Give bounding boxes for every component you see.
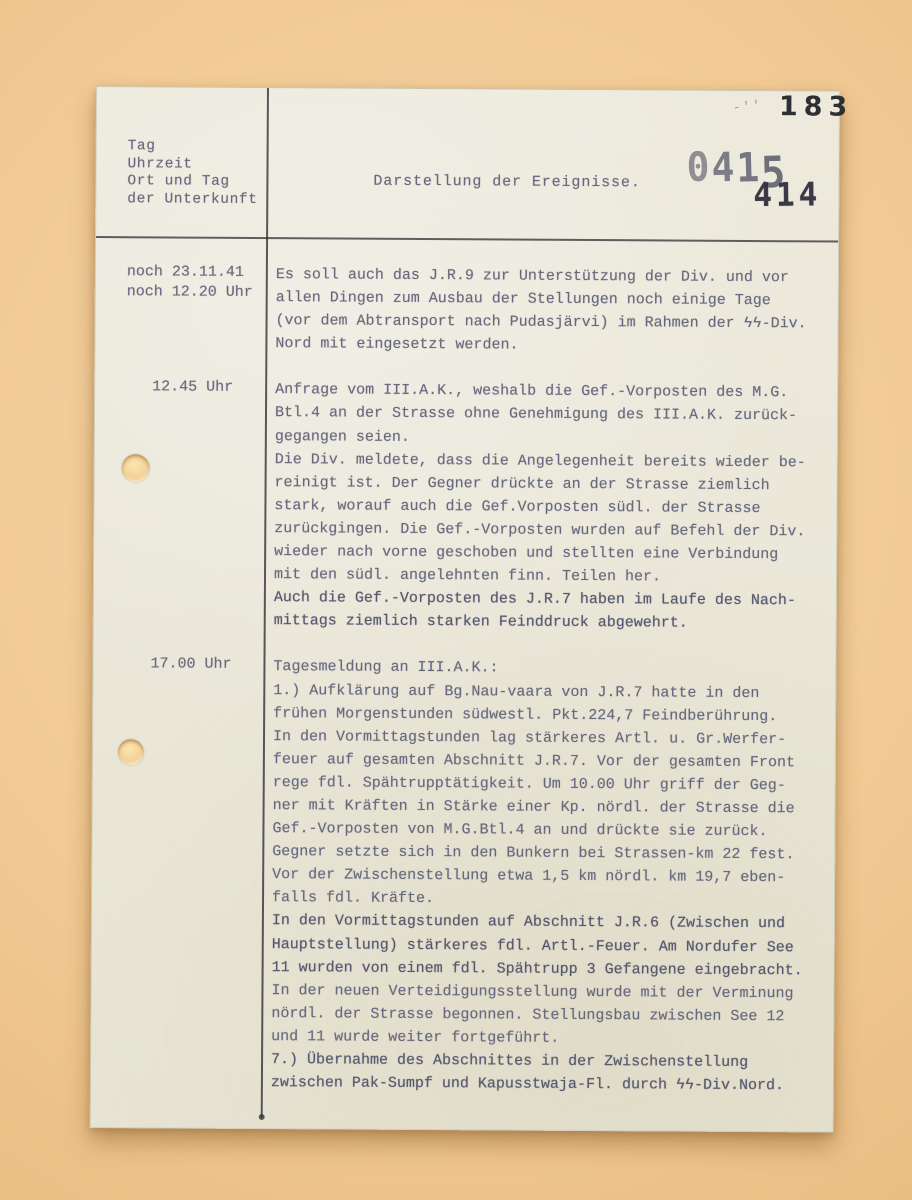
scan-background: -'' 183 0415 414 TagUhrzeitOrt und Tagde… xyxy=(0,0,912,1200)
entry-text-line: Es soll auch das J.R.9 zur Unterstützung… xyxy=(276,263,807,289)
entry-text: Es soll auch das J.R.9 zur Unterstützung… xyxy=(275,263,807,359)
page-number: 183 xyxy=(779,91,854,122)
entry-text-line: ner mit Kräften in Stärke einer Kp. nörd… xyxy=(273,794,804,820)
header-left-line: der Unterkunft xyxy=(127,191,257,209)
entry-time-line: 17.00 Uhr xyxy=(150,655,263,675)
entry-text-line: 1.) Aufklärung auf Bg.Nau-vaara von J.R.… xyxy=(273,679,804,705)
entry-text-line: In der neuen Verteidigungsstellung wurde… xyxy=(271,979,802,1005)
entry-time: 12.45 Uhr xyxy=(94,377,266,632)
header-left-column: TagUhrzeitOrt und Tagder Unterkunft xyxy=(127,138,258,209)
entry-text-line: Gef.-Vorposten von M.G.Btl.4 an und drüc… xyxy=(272,817,803,843)
archive-stamp-secondary: 414 xyxy=(753,176,821,215)
entry-text-line: mit den südl. angelehnten finn. Teilen h… xyxy=(274,563,805,589)
header-left-line: Tag xyxy=(128,138,258,156)
stamp-digit: 0 xyxy=(686,143,712,190)
punch-hole-bottom xyxy=(118,739,144,765)
entry-time-line: 12.45 Uhr xyxy=(152,378,265,398)
header-left-line: Uhrzeit xyxy=(127,156,257,174)
entry-text-line: mittags ziemlich starken Feinddruck abge… xyxy=(274,609,805,635)
entry-text-line: Nord mit eingesetzt werden. xyxy=(275,332,806,358)
entry-text-line: 11 wurden von einem fdl. Spähtrupp 3 Gef… xyxy=(272,956,803,982)
entry-text-line: Die Div. meldete, dass die Angelegenheit… xyxy=(275,448,806,474)
entry-text: Anfrage vom III.A.K., weshalb die Gef.-V… xyxy=(274,378,807,635)
entry-time: noch 23.11.41noch 12.20 Uhr xyxy=(95,262,266,355)
entries-container: noch 23.11.41noch 12.20 UhrEs soll auch … xyxy=(91,238,838,1121)
entry-text-line: Auch die Gef.-Vorposten des J.R.7 haben … xyxy=(274,586,805,612)
entry-text-line: Btl.4 an der Strasse ohne Genehmigung de… xyxy=(275,402,806,428)
stamp-digit: 4 xyxy=(711,144,737,191)
diary-entry: noch 23.11.41noch 12.20 UhrEs soll auch … xyxy=(95,262,838,359)
entry-text-line: Vor der Zwischenstellung etwa 1,5 km nör… xyxy=(272,863,803,889)
faint-pen-mark: -'' xyxy=(732,98,763,116)
entry-text: Tagesmeldung an III.A.K.:1.) Aufklärung … xyxy=(271,656,805,1098)
entry-text-line: reinigt ist. Der Gegner drückte an der S… xyxy=(275,471,806,497)
entry-text-line: Anfrage vom III.A.K., weshalb die Gef.-V… xyxy=(275,378,806,404)
entry-text-line: stark, worauf auch die Gef.Vorposten süd… xyxy=(274,494,805,520)
entry-text-line: In den Vormittagstunden auf Abschnitt J.… xyxy=(272,910,803,936)
entry-time-line: noch 12.20 Uhr xyxy=(127,282,266,302)
entry-time: 17.00 Uhr xyxy=(91,654,264,1094)
entry-text-line: und 11 wurde weiter fortgeführt. xyxy=(271,1025,802,1051)
entry-text-line: frühen Morgenstunden südwestl. Pkt.224,7… xyxy=(273,702,804,728)
entry-text-line: rege fdl. Spähtrupptätigkeit. Um 10.00 U… xyxy=(273,771,804,797)
document-sheet: -'' 183 0415 414 TagUhrzeitOrt und Tagde… xyxy=(90,86,840,1133)
punch-hole-top xyxy=(122,454,150,482)
entry-text-line: 7.) Übernahme des Abschnittes in der Zwi… xyxy=(271,1048,802,1074)
entry-text-line: feuer auf gesamten Abschnitt J.R.7. Vor … xyxy=(273,748,804,774)
entry-text-line: gegangen seien. xyxy=(275,425,806,451)
entry-text-line: wieder nach vorne geschoben und stellten… xyxy=(274,540,805,566)
header-left-line: Ort und Tag xyxy=(127,173,257,191)
entry-text-line: Tagesmeldung an III.A.K.: xyxy=(273,656,804,682)
entry-text-line: zurückgingen. Die Gef.-Vorposten wurden … xyxy=(274,517,805,543)
entry-text-line: nördl. der Strasse begonnen. Stellungsba… xyxy=(271,1002,802,1028)
diary-entry: 17.00 UhrTagesmeldung an III.A.K.:1.) Au… xyxy=(91,654,836,1097)
entry-text-line: falls fdl. Kräfte. xyxy=(272,886,803,912)
entry-text-line: allen Dingen zum Ausbau der Stellungen n… xyxy=(276,286,807,312)
entry-text-line: Gegner setzte sich in den Bunkern bei St… xyxy=(272,840,803,866)
diary-entry: 12.45 UhrAnfrage vom III.A.K., weshalb d… xyxy=(94,377,838,636)
entry-text-line: Hauptstellung) stärkeres fdl. Artl.-Feue… xyxy=(272,933,803,959)
entry-text-line: zwischen Pak-Sumpf und Kapusstwaja-Fl. d… xyxy=(271,1071,802,1097)
page-title: Darstellung der Ereignisse. xyxy=(373,173,640,192)
entry-text-line: (vor dem Abtransport nach Pudasjärvi) im… xyxy=(275,309,806,335)
entry-text-line: In den Vormittagstunden lag stärkeres Ar… xyxy=(273,725,804,751)
entry-time-line: noch 23.11.41 xyxy=(127,262,266,282)
